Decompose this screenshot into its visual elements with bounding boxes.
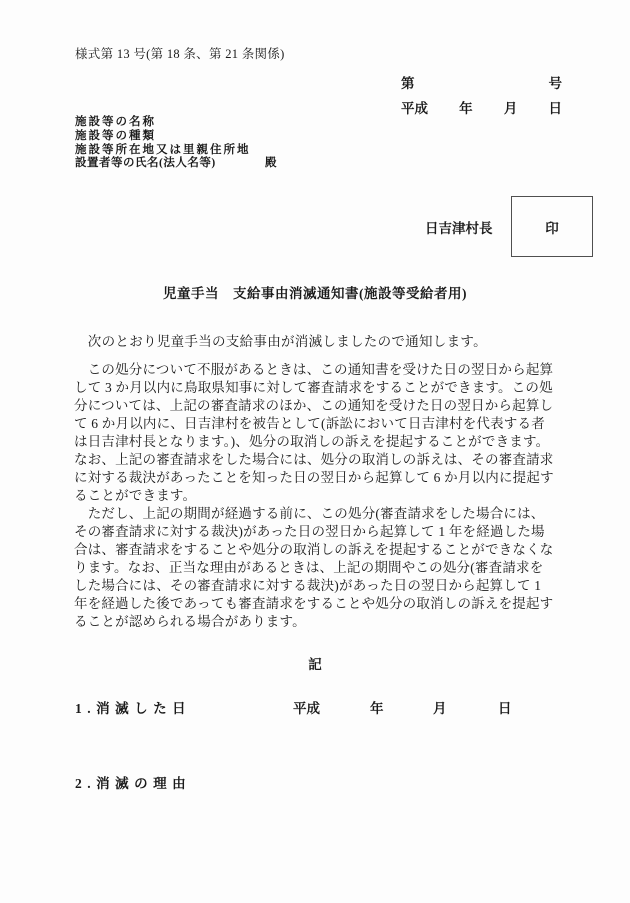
item-extinguish-date-row: 1.消滅した日 平成 年 月 日 <box>75 697 575 717</box>
doc-number-suffix: 号 <box>549 72 563 92</box>
item2-label: 2.消滅の理由 <box>75 776 191 791</box>
facility-address-label: 施設等所在地又は里親住所地 <box>75 144 277 158</box>
owner-name-label: 設置者等の氏名(法人名等) <box>75 157 216 169</box>
facility-name-label: 施設等の名称 <box>75 116 277 130</box>
honorific-label: 殿 <box>265 157 277 169</box>
issue-date-row: 平成 年 月 日 <box>401 97 562 117</box>
recipient-block: 施設等の名称 施設等の種類 施設等所在地又は里親住所地 設置者等の氏名(法人名等… <box>75 116 277 171</box>
document-page: 様式第 13 号(第 18 条、第 21 条関係) 第 号 平成 年 月 日 施… <box>0 0 630 903</box>
record-marker: 記 <box>0 653 630 673</box>
issue-date-year-label: 年 <box>459 97 473 117</box>
issuer-title: 日吉津村長 <box>425 217 493 237</box>
item1-year-label: 年 <box>370 697 384 717</box>
issue-date-day-label: 日 <box>548 97 562 117</box>
seal-placeholder-label: 印 <box>545 217 559 237</box>
intro-paragraph: 次のとおり児童手当の支給事由が消滅しましたので通知します。 <box>74 330 487 350</box>
item1-label: 1.消滅した日 <box>75 701 191 716</box>
item1-month-label: 月 <box>433 697 447 717</box>
item1-era-label: 平成 <box>293 697 320 717</box>
item1-day-label: 日 <box>498 697 512 717</box>
seal-box: 印 <box>511 196 593 257</box>
appeal-instructions-paragraphs: この処分について不服があるときは、この通知書を受けた日の翌日から起算 して 3 … <box>74 361 614 631</box>
item-extinguish-reason-row: 2.消滅の理由 <box>75 772 191 792</box>
owner-name-row: 設置者等の氏名(法人名等) 殿 <box>75 157 277 171</box>
form-number: 様式第 13 号(第 18 条、第 21 条関係) <box>75 44 285 62</box>
issue-date-era-label: 平成 <box>401 97 428 117</box>
doc-number-prefix: 第 <box>401 72 415 92</box>
document-title: 児童手当 支給事由消滅通知書(施設等受給者用) <box>0 282 630 302</box>
issue-date-month-label: 月 <box>504 97 518 117</box>
facility-type-label: 施設等の種類 <box>75 130 277 144</box>
document-number-row: 第 号 <box>401 72 562 92</box>
